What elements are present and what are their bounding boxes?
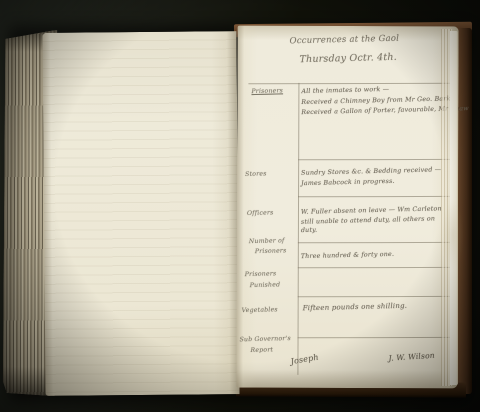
photo-vignette	[0, 0, 480, 412]
photo-of-open-ledger-book: Occurrences at the Gaol Thursday Octr. 4…	[0, 0, 480, 412]
